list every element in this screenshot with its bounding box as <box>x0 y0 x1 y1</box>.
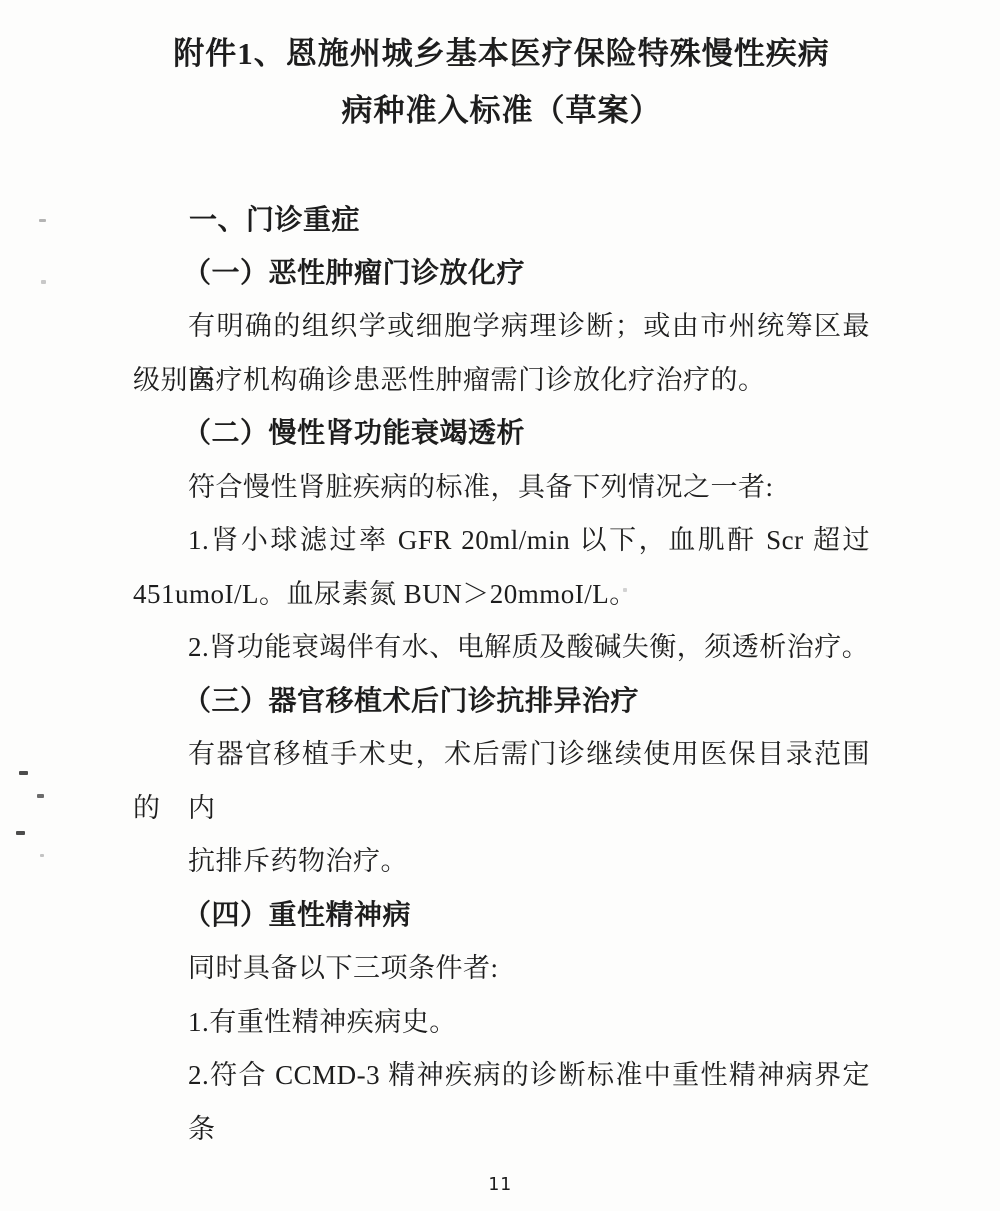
document-title: 附件1、恩施州城乡基本医疗保险特殊慢性疾病 病种准入标准（草案） <box>133 25 870 139</box>
scan-speck <box>16 831 25 835</box>
body-line: 有明确的组织学或细胞学病理诊断；或由市州统筹区最高 <box>133 300 870 354</box>
page-number: 11 <box>0 1174 1000 1196</box>
scan-speck <box>39 219 46 222</box>
section-heading-outpatient-severe: 一、门诊重症 <box>133 193 870 247</box>
scan-speck <box>37 794 44 798</box>
document-page: 附件1、恩施州城乡基本医疗保险特殊慢性疾病 病种准入标准（草案） 一、门诊重症 … <box>0 0 1000 1211</box>
subsection-heading-3-organ-transplant: （三）器官移植术后门诊抗排异治疗 <box>133 675 870 729</box>
body-line: 同时具备以下三项条件者: <box>133 942 870 996</box>
scan-speck <box>40 854 44 857</box>
scan-speck <box>41 280 46 284</box>
subsection-heading-2-renal-failure: （二）慢性肾功能衰竭透析 <box>133 407 870 461</box>
document-content: 附件1、恩施州城乡基本医疗保险特殊慢性疾病 病种准入标准（草案） 一、门诊重症 … <box>133 0 870 1103</box>
body-line: 级别医疗机构确诊患恶性肿瘤需门诊放化疗治疗的。 <box>133 354 870 408</box>
document-title-line-1: 附件1、恩施州城乡基本医疗保险特殊慢性疾病 <box>133 25 870 82</box>
title-body-spacer <box>133 139 870 193</box>
body-line: 的 <box>133 782 870 836</box>
scan-speck <box>19 771 28 775</box>
subsection-heading-4-severe-mental-illness: （四）重性精神病 <box>133 889 870 943</box>
document-title-line-2: 病种准入标准（草案） <box>133 82 870 139</box>
body-line: 1.有重性精神疾病史。 <box>133 996 870 1050</box>
body-line: 1.肾小球滤过率 GFR 20ml/min 以下，血肌酐 Scr 超过 <box>133 514 870 568</box>
body-line: 符合慢性肾脏疾病的标准，具备下列情况之一者: <box>133 461 870 515</box>
subsection-heading-1-malignant-tumor: （一）恶性肿瘤门诊放化疗 <box>133 247 870 301</box>
body-line: 2.肾功能衰竭伴有水、电解质及酸碱失衡，须透析治疗。 <box>133 621 870 675</box>
body-line: 抗排斥药物治疗。 <box>133 835 870 889</box>
body-line: 2.符合 CCMD-3 精神疾病的诊断标准中重性精神病界定条 <box>133 1049 870 1103</box>
body-line: 有器官移植手术史，术后需门诊继续使用医保目录范围内 <box>133 728 870 782</box>
body-line: 451umoI/L。血尿素氮 BUN＞20mmoI/L。 <box>133 568 870 622</box>
scan-speck <box>623 588 627 592</box>
